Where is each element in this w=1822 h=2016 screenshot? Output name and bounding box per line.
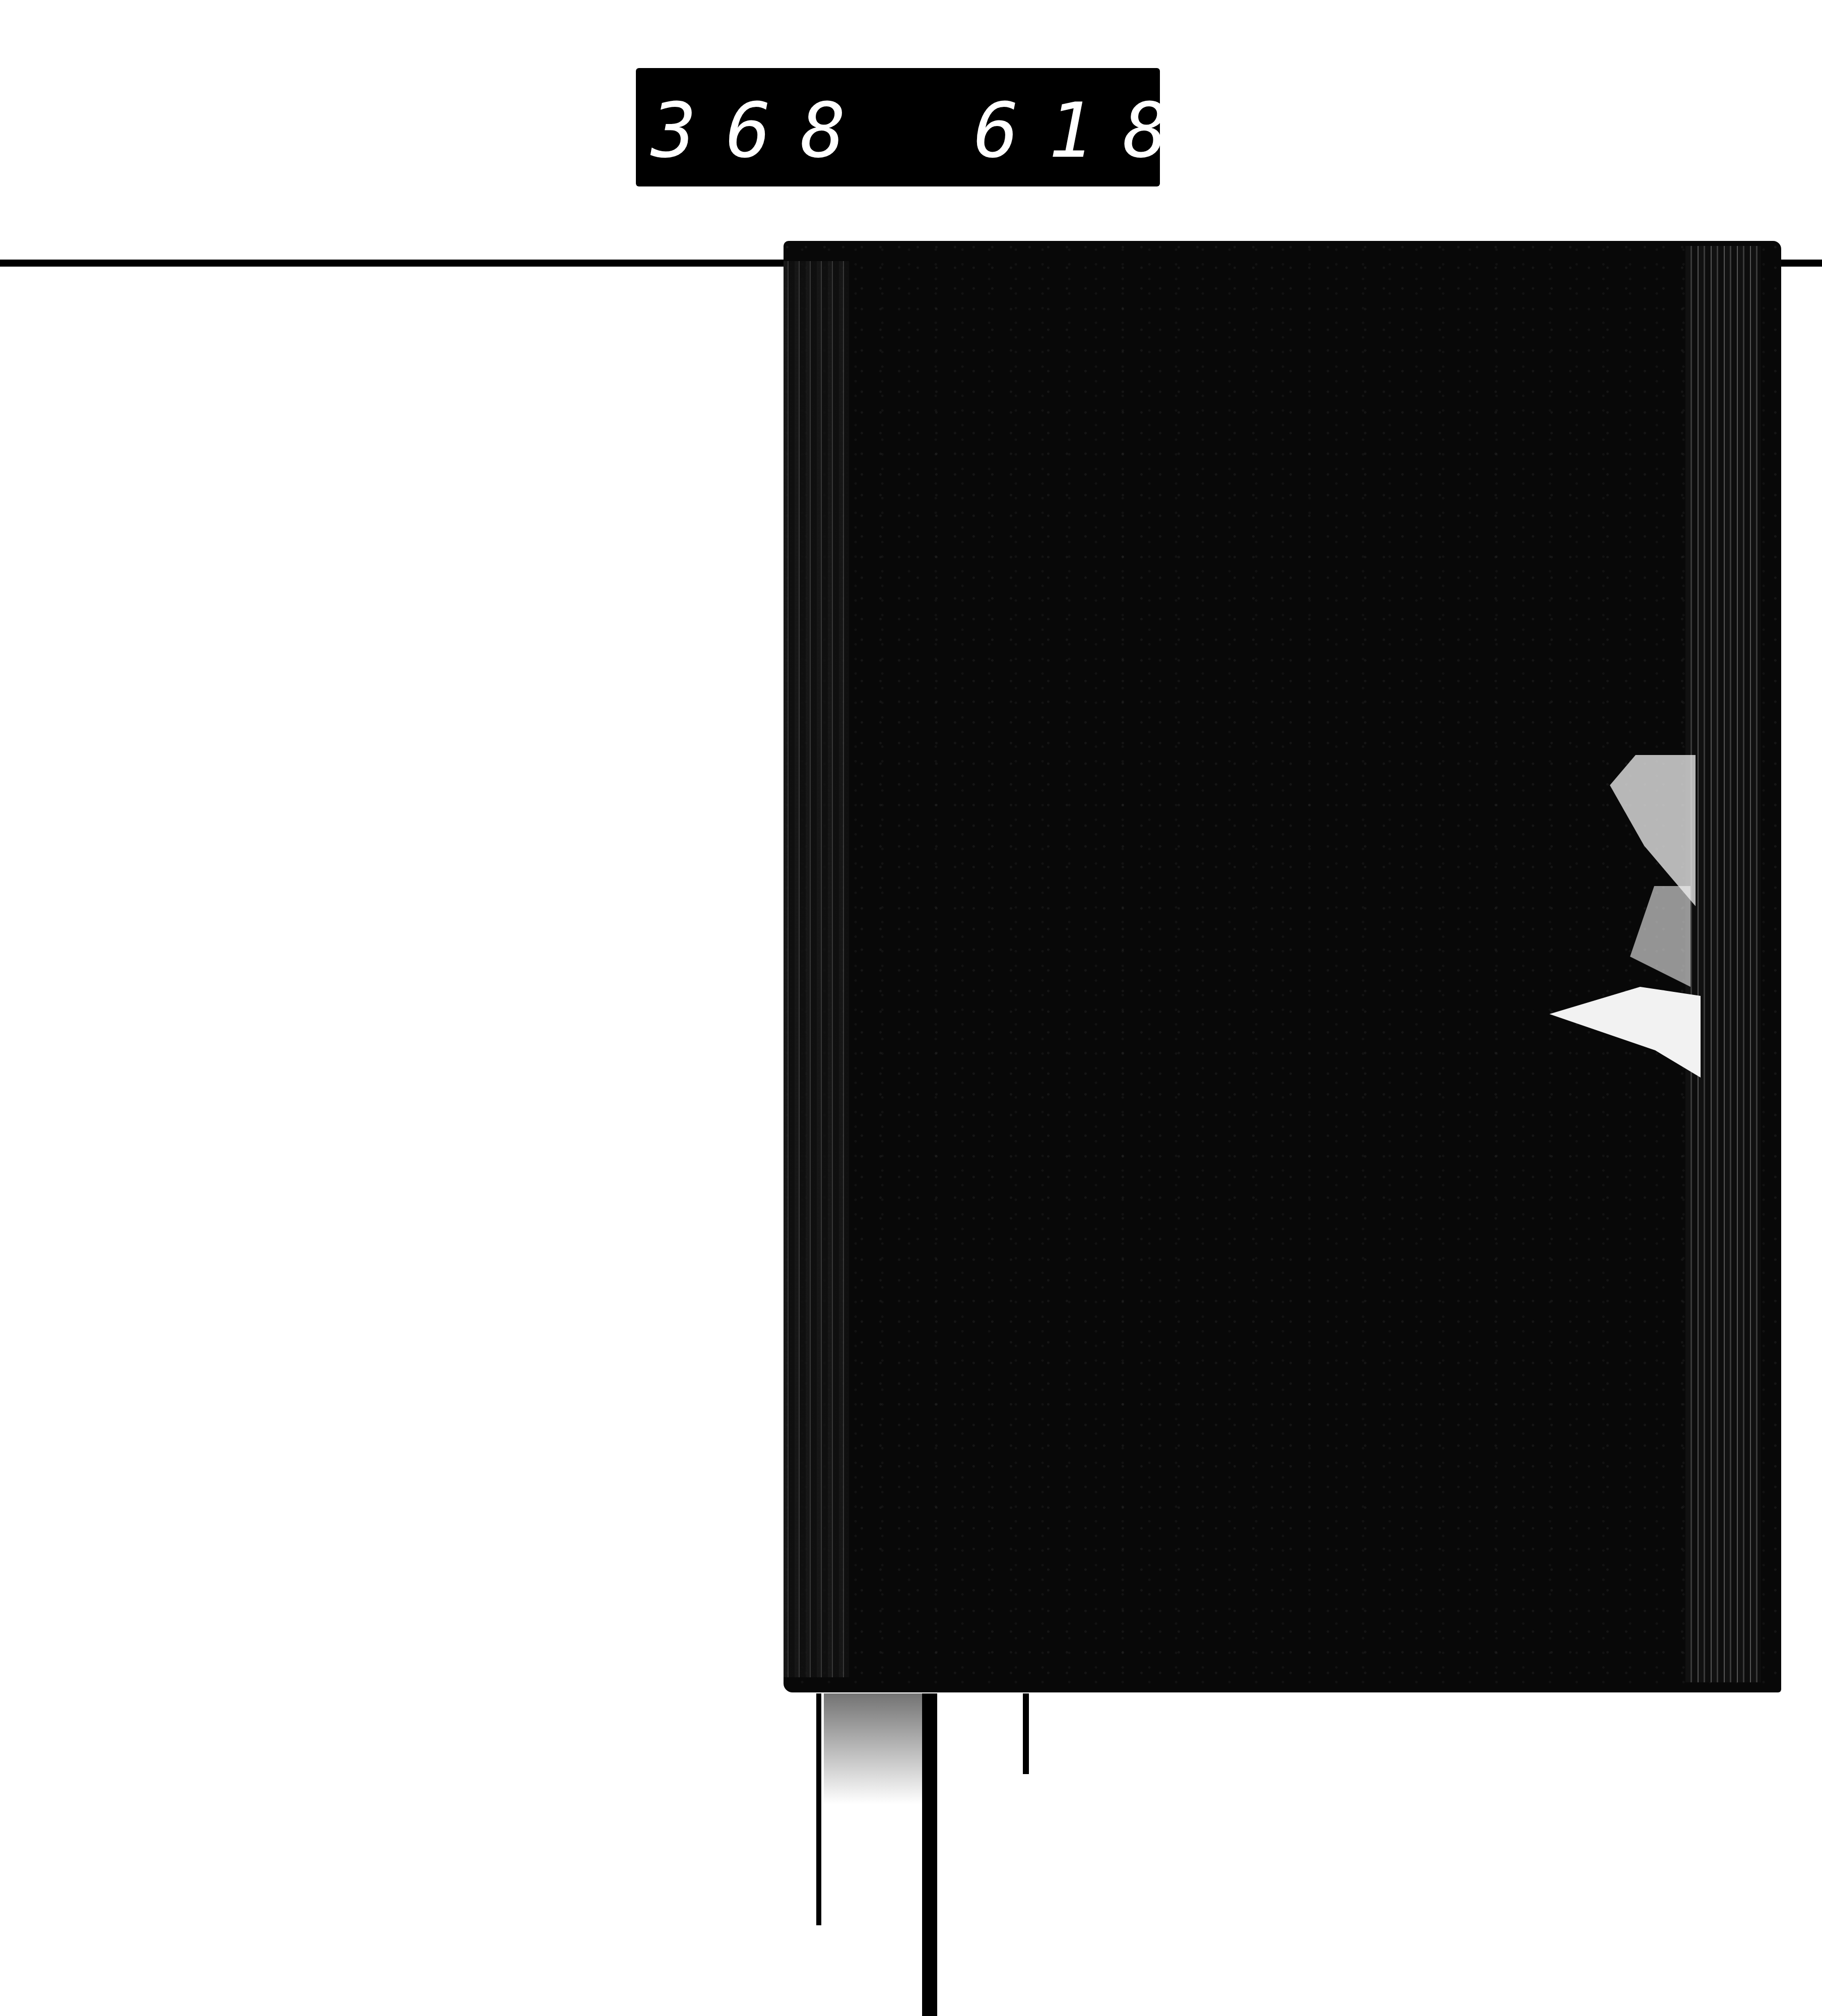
film-frame-label: 368 618. [636, 68, 1160, 186]
frame-number: 618. [973, 93, 1272, 169]
shadow [824, 1693, 925, 1804]
reel-number: 368 [651, 93, 875, 169]
page-edges [1685, 246, 1761, 1682]
book-cover [784, 241, 1781, 1692]
cover-left-edge [784, 261, 849, 1677]
bottom-strip [922, 1693, 937, 2016]
cover-texture [784, 241, 1781, 1692]
bottom-strip [1023, 1693, 1029, 1774]
bottom-strip [816, 1693, 821, 1925]
